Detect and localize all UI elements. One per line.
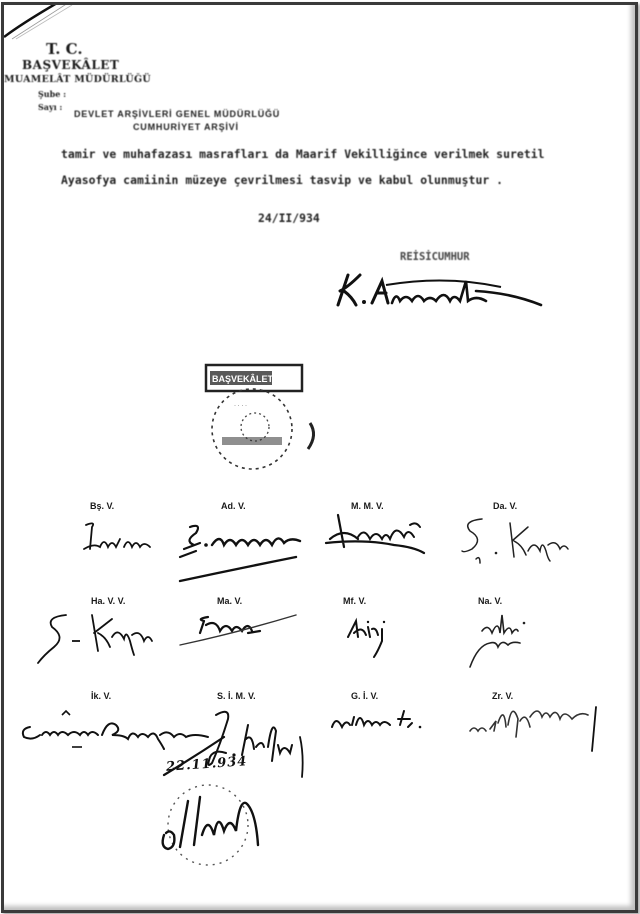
signature-abdulhalik — [324, 513, 434, 563]
signature-erkmen — [468, 697, 608, 757]
signature-saracoglu — [176, 517, 316, 587]
minister-title-na: Na. V. — [478, 596, 502, 606]
signature-fuat — [176, 609, 306, 649]
minister-title-ik: İk. V. — [91, 691, 111, 701]
signature-ali — [468, 611, 538, 671]
minister-title-ma: Ma. V. — [217, 596, 242, 606]
minister-title-ad: Ad. V. — [221, 501, 246, 511]
letterhead-state: T. C. — [46, 40, 83, 58]
president-signature — [326, 267, 546, 317]
president-title: REİSİCUMHUR — [400, 251, 470, 263]
archive-stamp-line1: DEVLET ARŞİVLERİ GENEL MÜDÜRLÜĞÜ — [74, 109, 280, 119]
letterhead-sayi-label: Sayı : — [38, 102, 62, 112]
decree-date: 24/II/934 — [258, 211, 320, 225]
minister-title-ha: Ha. V. V. — [91, 596, 125, 606]
body-line-2: Ayasofya camiinin müzeye çevrilmesi tasv… — [61, 173, 503, 187]
minister-title-bs: Bş. V. — [90, 501, 114, 511]
document-frame: T. C. BAŞVEKÂLET MUAMELÂT MÜDÜRLÜĞÜ Şube… — [1, 2, 638, 913]
body-line-1: tamir ve muhafazası masrafları da Maarif… — [61, 147, 545, 161]
signature-kaya-ha — [36, 611, 166, 667]
minister-title-mf: Mf. V. — [343, 596, 366, 606]
minister-title-mm: M. M. V. — [351, 501, 384, 511]
minister-title-da: Da. V. — [493, 501, 517, 511]
svg-text:BAŞVEKÂLET: BAŞVEKÂLET — [212, 373, 274, 384]
signature-kaya-da — [456, 515, 576, 565]
letterhead-office: BAŞVEKÂLET — [22, 58, 119, 72]
signature-ali-rana — [328, 705, 428, 735]
lower-seal-signature — [144, 775, 304, 875]
official-seal: BAŞVEKÂLET · · · · — [200, 357, 330, 472]
minister-title-gi: G. İ. V. — [351, 691, 378, 701]
minister-title-sim: S. İ. M. V. — [217, 691, 256, 701]
signature-abidin — [344, 611, 404, 661]
letterhead-sube-label: Şube : — [38, 89, 66, 99]
archive-stamp-line2: CUMHURİYET ARŞİVİ — [133, 122, 239, 132]
svg-text:· · · ·: · · · · — [234, 403, 247, 409]
signature-inonu — [80, 517, 160, 557]
letterhead-department: MUAMELÂT MÜDÜRLÜĞÜ — [4, 74, 151, 85]
